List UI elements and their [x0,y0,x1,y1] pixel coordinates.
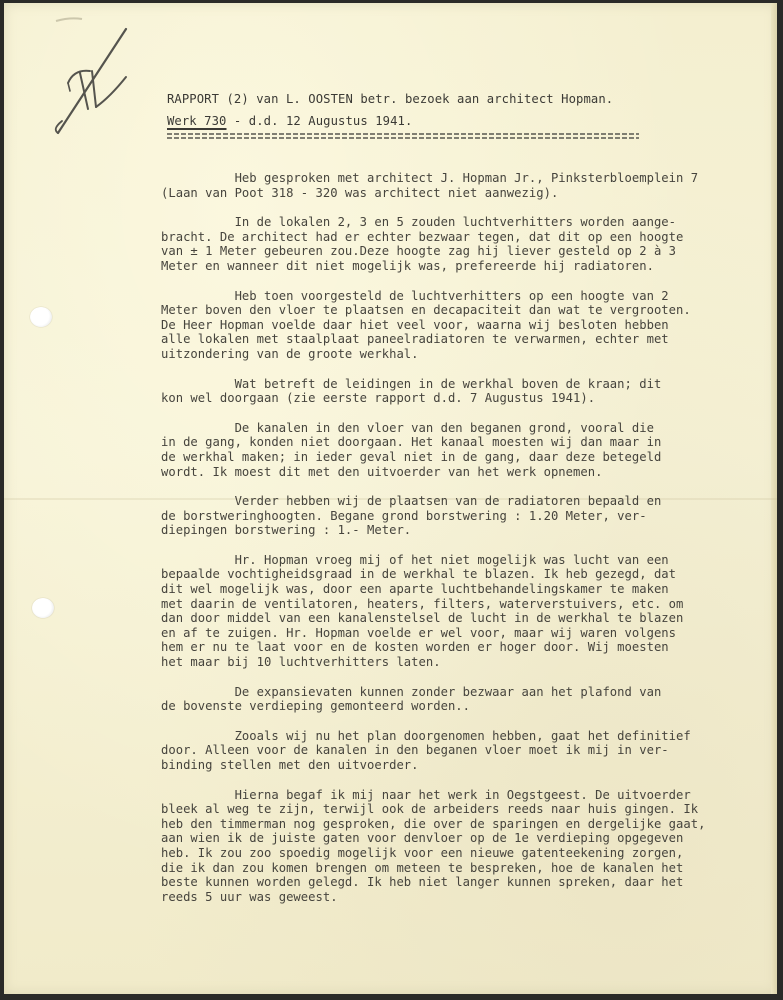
text-line: alle lokalen met staalplaat paneelradiat… [161,332,761,347]
text-line: Meter boven den vloer te plaatsen en dec… [161,303,761,318]
text-line: beste kunnen worden gelegd. Ik heb niet … [161,875,761,890]
text-line: dan door middel van een kanalenstelsel d… [161,611,761,626]
paragraph-8: De expansievaten kunnen zonder bezwaar a… [161,685,761,714]
text-line: Hierna begaf ik mij naar het werk in Oeg… [161,788,761,803]
paragraph-1: Heb gesproken met architect J. Hopman Jr… [161,171,761,200]
text-line: Verder hebben wij de plaatsen van de rad… [161,494,761,509]
text-line: de werkhal maken; in ieder geval niet in… [161,450,761,465]
report-subtitle: Werk 730 - d.d. 12 Augustus 1941. [167,114,412,128]
text-line: Wat betreft de leidingen in de werkhal b… [161,377,761,392]
text-line: bleek al weg te zijn, terwijl ook de arb… [161,802,761,817]
text-line: reeds 5 uur was geweest. [161,890,761,905]
text-line: Hr. Hopman vroeg mij of het niet mogelij… [161,553,761,568]
work-number: Werk 730 [167,114,227,128]
text-line: kon wel doorgaan (zie eerste rapport d.d… [161,391,761,406]
double-underline-rule [167,133,639,139]
paragraph-7: Hr. Hopman vroeg mij of het niet mogelij… [161,553,761,670]
text-line: De expansievaten kunnen zonder bezwaar a… [161,685,761,700]
text-line: In de lokalen 2, 3 en 5 zouden luchtverh… [161,215,761,230]
paragraph-6: Verder hebben wij de plaatsen van de rad… [161,494,761,538]
paragraph-10: Hierna begaf ik mij naar het werk in Oeg… [161,788,761,905]
text-line: Zooals wij nu het plan doorgenomen hebbe… [161,729,761,744]
paragraph-3: Heb toen voorgesteld de luchtverhitters … [161,289,761,362]
report-title: RAPPORT (2) van L. OOSTEN betr. bezoek a… [167,92,613,106]
text-line: Heb gesproken met architect J. Hopman Jr… [161,171,761,186]
text-line: dit wel mogelijk was, door een aparte lu… [161,582,761,597]
document-page: RAPPORT (2) van L. OOSTEN betr. bezoek a… [4,3,777,994]
paragraph-9: Zooals wij nu het plan doorgenomen hebbe… [161,729,761,773]
handwritten-numeral-iv-icon [48,13,148,138]
text-line: heb. Ik zou zoo spoedig mogelijk voor ee… [161,846,761,861]
text-line: en af te zuigen. Hr. Hopman voelde er we… [161,626,761,641]
text-line: bepaalde vochtigheidsgraad in de werkhal… [161,567,761,582]
text-line: (Laan van Poot 318 - 320 was architect n… [161,186,761,201]
punch-hole-icon [32,598,54,618]
text-line: De Heer Hopman voelde daar hiet veel voo… [161,318,761,333]
text-line: De kanalen in den vloer van den beganen … [161,421,761,436]
text-line: heb den timmerman nog gesproken, die ove… [161,817,761,832]
text-line: het maar bij 10 luchtverhitters laten. [161,655,761,670]
text-line: de bovenste verdieping gemonteerd worden… [161,699,761,714]
text-line: in de gang, konden niet doorgaan. Het ka… [161,435,761,450]
report-date: - d.d. 12 Augustus 1941. [227,114,413,128]
text-line: binding stellen met den uitvoerder. [161,758,761,773]
text-line: die ik dan zou komen brengen om meteen t… [161,861,761,876]
paragraph-5: De kanalen in den vloer van den beganen … [161,421,761,479]
text-line: hem er nu te laat voor en de kosten word… [161,640,761,655]
text-line: aan wien ik de juiste gaten voor denvloe… [161,831,761,846]
text-line: met daarin de ventilatoren, heaters, fil… [161,597,761,612]
report-body: Heb gesproken met architect J. Hopman Jr… [161,171,761,904]
text-line: uitzondering van de groote werkhal. [161,347,761,362]
paragraph-2: In de lokalen 2, 3 en 5 zouden luchtverh… [161,215,761,273]
text-line: diepingen borstwering : 1.- Meter. [161,523,761,538]
text-line: wordt. Ik moest dit met den uitvoerder v… [161,465,761,480]
text-line: de borstweringhoogten. Begane grond bors… [161,509,761,524]
punch-hole-icon [30,307,52,327]
text-line: Heb toen voorgesteld de luchtverhitters … [161,289,761,304]
text-line: door. Alleen voor de kanalen in den bega… [161,743,761,758]
paragraph-4: Wat betreft de leidingen in de werkhal b… [161,377,761,406]
text-line: Meter en wanneer dit niet mogelijk was, … [161,259,761,274]
text-line: van ± 1 Meter gebeuren zou.Deze hoogte z… [161,244,761,259]
text-line: bracht. De architect had er echter bezwa… [161,230,761,245]
